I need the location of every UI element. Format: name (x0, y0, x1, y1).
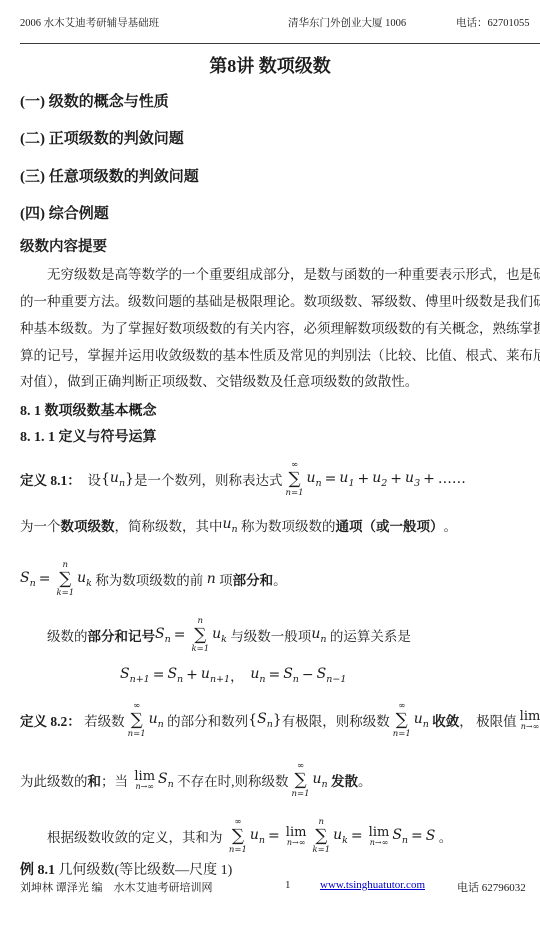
footer-authors: 刘坤林 谭泽光 编 水木艾迪考研培训网 (20, 879, 213, 895)
sigma-sum-symbol: ∞∑n=1 (226, 818, 250, 854)
section-heading-summary: 级数内容提要 (20, 235, 540, 259)
header-course-name: 2006 水木艾迪考研辅导基础班 (20, 15, 159, 30)
limit-symbol: limn→∞ (366, 826, 393, 847)
definition-8-1-line: 定义 8.1： 设{un}是一个数列，则称表达式∞∑n=1un=u1+u2+u3… (20, 457, 540, 501)
sigma-sum-symbol: ∞∑n=1 (289, 762, 313, 798)
partial-sum-line: Sn=n∑k=1uk 称为数项级数的前 n 项部分和。 (20, 557, 540, 601)
outline-item-1: (一) 级数的概念与性质 (20, 84, 540, 121)
limit-symbol: limn→∞ (131, 770, 158, 791)
summary-line: 对值），做到正确判断正项级数、交错级数及任意项级数的敛散性。 (20, 369, 540, 396)
footer-website-link[interactable]: www.tsinghuatutor.com (320, 879, 425, 891)
sigma-sum-symbol: ∞∑n=1 (125, 702, 149, 738)
sigma-sum-symbol: n∑k=1 (53, 561, 77, 597)
outline-item-2: (二) 正项级数的判敛问题 (20, 121, 540, 158)
header-divider (20, 43, 540, 44)
summary-line: 的一种重要方法。级数问题的基础是极限理论。数项级数、幂级数、傅里叶级数是我们研究… (20, 289, 540, 316)
series-sum-definition-line: 根据级数收敛的定义，其和为 ∞∑n=1un=limn→∞n∑k=1uk=limn… (20, 813, 540, 859)
summary-line: 无穷级数是高等数学的一个重要组成部分，是数与函数的一种重要表示形式，也是研究函数 (20, 262, 540, 289)
outline-item-3: (三) 任意项级数的判敛问题 (20, 159, 540, 196)
limit-symbol: limn→∞ (517, 710, 540, 731)
relation-formula: Sn+1=Sn+un+1， un=Sn−Sn−1 (20, 663, 540, 687)
definition-8-2-line: 定义 8.2： 若级数∞∑n=1un 的部分和数列{Sn}有极限，则称级数∞∑n… (20, 697, 540, 743)
page-content: 2006 水木艾迪考研辅导基础班 清华东门外创业大厦 1006 电话：62701… (0, 0, 540, 881)
heading-8-1-1: 8. 1. 1 定义与符号运算 (20, 425, 540, 451)
summary-line: 种基本级数。为了掌握好数项级数的有关内容，必须理解数项级数的有关概念，熟练掌握级… (20, 316, 540, 343)
outline-list: (一) 级数的概念与性质 (二) 正项级数的判敛问题 (三) 任意项级数的判敛问… (20, 84, 540, 233)
example-label: 例 8.1 (20, 863, 55, 878)
page-footer: 刘坤林 谭泽光 编 水木艾迪考研培训网 1 www.tsinghuatutor.… (20, 879, 540, 899)
example-text: 几何级数(等比级数—尺度 1) (55, 863, 232, 878)
outline-item-4: (四) 综合例题 (20, 196, 540, 233)
document-page: 2006 水木艾迪考研辅导基础班 清华东门外创业大厦 1006 电话：62701… (0, 0, 540, 932)
footer-phone: 电话 62796032 (457, 879, 526, 895)
sigma-sum-symbol: n∑k=1 (188, 617, 212, 653)
footer-page-number: 1 (285, 879, 291, 891)
page-title: 第8讲 数项级数 (20, 54, 520, 78)
sigma-sum-symbol: ∞∑n=1 (283, 461, 307, 497)
summary-line: 算的记号，掌握并运用收敛级数的基本性质及常见的判别法（比较、比值、根式、莱布尼兹… (20, 343, 540, 370)
general-term-line: 为一个数项级数，简称级数，其中un 称为数项级数的通项（或一般项）。 (20, 515, 540, 535)
relation-intro-line: 级数的部分和记号Sn=n∑k=1uk 与级数一般项un 的运算关系是 (20, 613, 540, 657)
sigma-sum-symbol: n∑k=1 (309, 818, 333, 854)
page-header: 2006 水木艾迪考研辅导基础班 清华东门外创业大厦 1006 电话：62701… (20, 0, 540, 40)
summary-paragraph: 无穷级数是高等数学的一个重要组成部分，是数与函数的一种重要表示形式，也是研究函数… (20, 262, 540, 396)
heading-8-1: 8. 1 数项级数基本概念 (20, 399, 540, 425)
limit-symbol: limn→∞ (283, 826, 310, 847)
sigma-sum-symbol: ∞∑n=1 (390, 702, 414, 738)
header-phone: 电话：62701055 (456, 15, 530, 30)
divergence-line: 为此级数的和；当 limn→∞Sn 不存在时,则称级数∞∑n=1un 发散。 (20, 757, 540, 803)
header-address: 清华东门外创业大厦 1006 (288, 15, 406, 30)
